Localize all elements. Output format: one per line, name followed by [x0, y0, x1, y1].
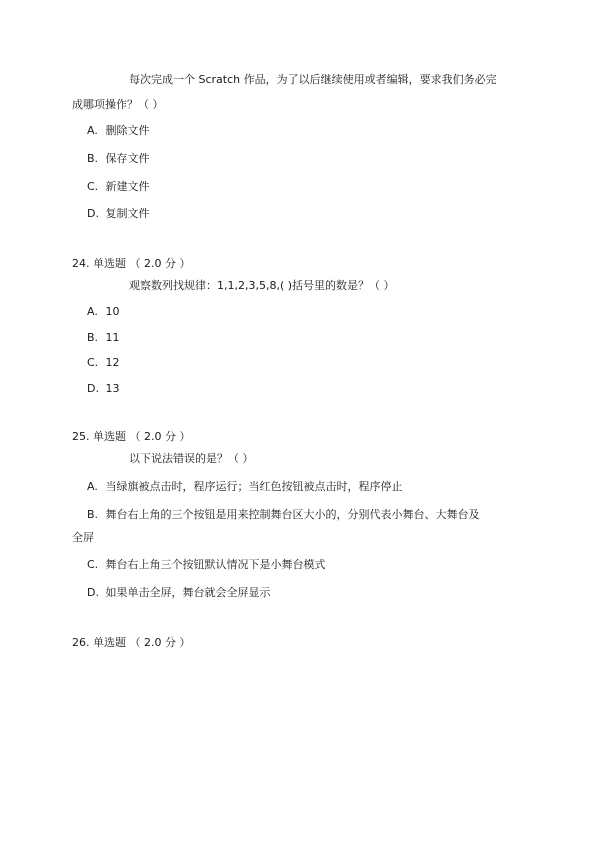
option-letter: A.: [87, 480, 102, 494]
option-text: 12: [106, 356, 120, 369]
option-letter: C.: [87, 558, 102, 572]
option-text: 如果单击全屏，舞台就会全屏显示: [106, 586, 271, 599]
option-letter: C.: [87, 180, 102, 194]
option-d: D. 如果单击全屏，舞台就会全屏显示: [87, 586, 271, 600]
option-a: A. 当绿旗被点击时，程序运行；当红色按钮被点击时，程序停止: [87, 480, 403, 494]
option-c: C. 新建文件: [87, 180, 150, 194]
question-header-26: 26. 单选题 （ 2.0 分 ）: [72, 636, 190, 650]
option-letter: B.: [87, 152, 102, 166]
option-letter: B.: [87, 331, 102, 345]
option-b: B. 舞台右上角的三个按钮是用来控制舞台区大小的，分别代表小舞台、大舞台及: [87, 508, 480, 522]
option-b-continued: 全屏: [72, 531, 94, 545]
option-text: 11: [106, 331, 120, 344]
option-d: D. 复制文件: [87, 207, 150, 221]
option-b: B. 保存文件: [87, 152, 150, 166]
option-c: C. 舞台右上角三个按钮默认情况下是小舞台模式: [87, 558, 326, 572]
option-letter: D.: [87, 207, 102, 221]
option-b: B. 11: [87, 331, 120, 345]
question-stem: 以下说法错误的是？（ ）: [129, 452, 254, 466]
option-c: C. 12: [87, 356, 120, 370]
option-letter: C.: [87, 356, 102, 370]
option-letter: B.: [87, 508, 102, 522]
question-stem: 观察数列找规律：1,1,2,3,5,8,( )括号里的数是？（ ）: [129, 279, 395, 293]
question-header-24: 24. 单选题 （ 2.0 分 ）: [72, 257, 190, 271]
option-letter: A.: [87, 305, 102, 319]
option-text: 复制文件: [106, 207, 150, 220]
option-text: 保存文件: [106, 152, 150, 165]
option-text: 新建文件: [106, 180, 150, 193]
option-text: 13: [106, 382, 120, 395]
option-text: 舞台右上角的三个按钮是用来控制舞台区大小的，分别代表小舞台、大舞台及: [106, 508, 480, 521]
option-letter: D.: [87, 382, 102, 396]
option-d: D. 13: [87, 382, 120, 396]
option-a: A. 10: [87, 305, 120, 319]
question-stem-continued: 成哪项操作？（ ）: [72, 98, 164, 112]
option-text: 10: [106, 305, 120, 318]
question-stem: 每次完成一个 Scratch 作品，为了以后继续使用或者编辑，要求我们务必完: [129, 73, 497, 87]
option-text: 删除文件: [106, 124, 150, 137]
option-a: A. 删除文件: [87, 124, 150, 138]
option-letter: A.: [87, 124, 102, 138]
option-letter: D.: [87, 586, 102, 600]
question-header-25: 25. 单选题 （ 2.0 分 ）: [72, 430, 190, 444]
option-text: 舞台右上角三个按钮默认情况下是小舞台模式: [106, 558, 326, 571]
option-text: 当绿旗被点击时，程序运行；当红色按钮被点击时，程序停止: [106, 480, 403, 493]
